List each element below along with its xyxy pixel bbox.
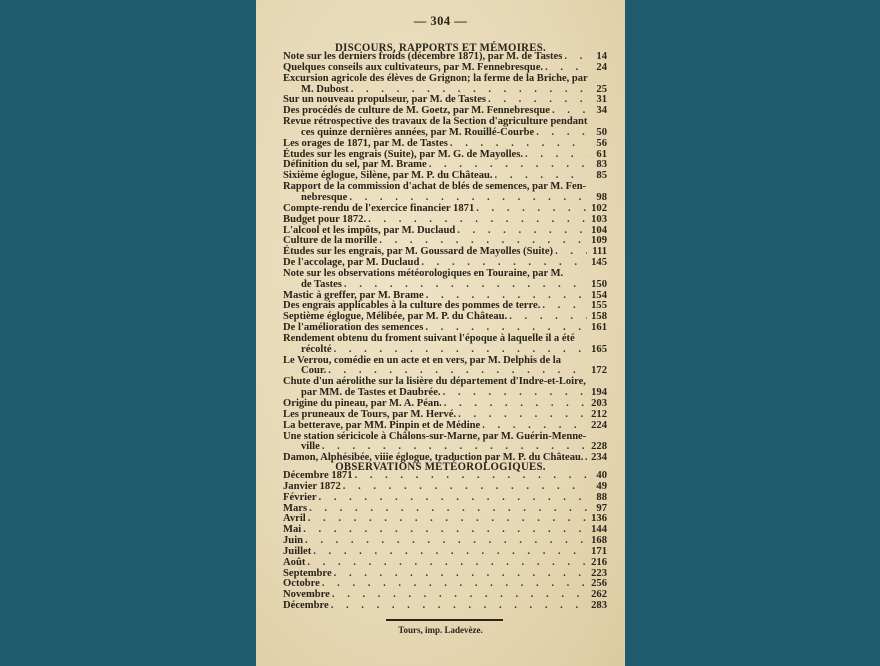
- dot-leader: . . . . . . . . . . . . . . . . . . . . …: [555, 247, 587, 258]
- dot-leader: . . . . . . . . . . . . . . . . . . . . …: [305, 536, 587, 547]
- entry-page-number: 216: [589, 558, 607, 569]
- dot-leader: . . . . . . . . . . . . . . . . . . . . …: [334, 569, 587, 580]
- toc-entry: Août . . . . . . . . . . . . . . . . . .…: [283, 558, 607, 569]
- entry-page-number: 88: [589, 493, 607, 504]
- toc-discours: Note sur les derniers froids (décembre 1…: [283, 52, 607, 464]
- toc-entry: Chute d'un aérolithe sur la lisière du d…: [283, 377, 607, 399]
- dot-leader: . . . . . . . . . . . . . . . . . . . . …: [368, 215, 587, 226]
- toc-entry: Les orages de 1871, par M. de Tastes . .…: [283, 139, 607, 150]
- divider-rule: [386, 619, 503, 621]
- entry-title: Chute d'un aérolithe sur la lisière du d…: [283, 377, 605, 388]
- dot-leader: . . . . . . . . . . . . . . . . . . . . …: [309, 504, 587, 515]
- entry-title: Revue rétrospective des travaux de la Se…: [283, 117, 605, 128]
- dot-leader: . . . . . . . . . . . . . . . . . . . . …: [355, 471, 587, 482]
- dot-leader: . . . . . . . . . . . . . . . . . . . . …: [444, 399, 587, 410]
- dot-leader: . . . . . . . . . . . . . . . . . . . . …: [344, 280, 587, 291]
- entry-title: Budget pour 1872.: [283, 215, 366, 226]
- toc-entry: Juin . . . . . . . . . . . . . . . . . .…: [283, 536, 607, 547]
- entry-title: de Tastes: [301, 280, 342, 291]
- entry-title: Une station séricicole à Châlons-sur-Mar…: [283, 432, 605, 443]
- entry-title: Rapport de la commission d'achat de blés…: [283, 182, 605, 193]
- entry-title: Août: [283, 558, 305, 569]
- toc-entry: Rendement obtenu du froment suivant l'ép…: [283, 334, 607, 356]
- toc-entry: Le Verrou, comédie en un acte et en vers…: [283, 356, 607, 378]
- entry-title: Note sur les observations météorologique…: [283, 269, 605, 280]
- entry-page-number: 165: [589, 345, 607, 356]
- page-number: — 304 —: [256, 14, 625, 29]
- entry-page-number: 161: [589, 323, 607, 334]
- scanned-page: — 304 — DISCOURS, RAPPORTS ET MÉMOIRES. …: [256, 0, 625, 666]
- entry-page-number: 172: [589, 366, 607, 377]
- dot-leader: . . . . . . . . . . . . . . . . . . . . …: [525, 150, 587, 161]
- dot-leader: . . . . . . . . . . . . . . . . . . . . …: [313, 547, 587, 558]
- dot-leader: . . . . . . . . . . . . . . . . . . . . …: [332, 590, 587, 601]
- entry-page-number: 85: [589, 171, 607, 182]
- toc-entry: Mai . . . . . . . . . . . . . . . . . . …: [283, 525, 607, 536]
- entry-title: Excursion agricole des élèves de Grignon…: [283, 74, 605, 85]
- toc-observations: Décembre 1871 . . . . . . . . . . . . . …: [283, 471, 607, 612]
- toc-entry: Janvier 1872 . . . . . . . . . . . . . .…: [283, 482, 607, 493]
- dot-leader: . . . . . . . . . . . . . . . . . . . . …: [476, 204, 587, 215]
- dot-leader: . . . . . . . . . . . . . . . . . . . . …: [322, 579, 587, 590]
- toc-entry: Juillet . . . . . . . . . . . . . . . . …: [283, 547, 607, 558]
- dot-leader: . . . . . . . . . . . . . . . . . . . . …: [542, 301, 587, 312]
- toc-entry: Une station séricicole à Châlons-sur-Mar…: [283, 432, 607, 454]
- entry-page-number: 224: [589, 421, 607, 432]
- entry-page-number: 34: [589, 106, 607, 117]
- dot-leader: . . . . . . . . . . . . . . . . . . . . …: [450, 139, 587, 150]
- toc-entry: Budget pour 1872. . . . . . . . . . . . …: [283, 215, 607, 226]
- dot-leader: . . . . . . . . . . . . . . . . . . . . …: [319, 493, 587, 504]
- dot-leader: . . . . . . . . . . . . . . . . . . . . …: [564, 52, 587, 63]
- entry-page-number: 103: [589, 215, 607, 226]
- entry-page-number: 150: [589, 280, 607, 291]
- dot-leader: . . . . . . . . . . . . . . . . . . . . …: [331, 601, 587, 612]
- toc-entry: Octobre . . . . . . . . . . . . . . . . …: [283, 579, 607, 590]
- toc-entry: Note sur les observations météorologique…: [283, 269, 607, 291]
- entry-title: Les orages de 1871, par M. de Tastes: [283, 139, 448, 150]
- dot-leader: . . . . . . . . . . . . . . . . . . . . …: [443, 388, 587, 399]
- toc-entry: Septembre . . . . . . . . . . . . . . . …: [283, 569, 607, 580]
- entry-title: Décembre: [283, 601, 329, 612]
- toc-entry: Mars . . . . . . . . . . . . . . . . . .…: [283, 504, 607, 515]
- entry-page-number: 24: [589, 63, 607, 74]
- entry-page-number: 145: [589, 258, 607, 269]
- toc-entry: Décembre . . . . . . . . . . . . . . . .…: [283, 601, 607, 612]
- toc-entry: Rapport de la commission d'achat de blés…: [283, 182, 607, 204]
- toc-entry: Avril . . . . . . . . . . . . . . . . . …: [283, 514, 607, 525]
- entry-page-number: 283: [589, 601, 607, 612]
- imprint: Tours, imp. Ladevèze.: [256, 625, 625, 635]
- entry-title: Rendement obtenu du froment suivant l'ép…: [283, 334, 605, 345]
- toc-entry: Novembre . . . . . . . . . . . . . . . .…: [283, 590, 607, 601]
- dot-leader: . . . . . . . . . . . . . . . . . . . . …: [509, 312, 587, 323]
- dot-leader: . . . . . . . . . . . . . . . . . . . . …: [343, 482, 587, 493]
- entry-title: Le Verrou, comédie en un acte et en vers…: [283, 356, 605, 367]
- entry-title: Février: [283, 493, 317, 504]
- dot-leader: . . . . . . . . . . . . . . . . . . . . …: [308, 514, 587, 525]
- toc-entry: Excursion agricole des élèves de Grignon…: [283, 74, 607, 96]
- dot-leader: . . . . . . . . . . . . . . . . . . . . …: [536, 128, 587, 139]
- dot-leader: . . . . . . . . . . . . . . . . . . . . …: [303, 525, 587, 536]
- entry-page-number: 56: [589, 139, 607, 150]
- toc-entry: Revue rétrospective des travaux de la Se…: [283, 117, 607, 139]
- dot-leader: . . . . . . . . . . . . . . . . . . . . …: [307, 558, 587, 569]
- toc-entry: Février . . . . . . . . . . . . . . . . …: [283, 493, 607, 504]
- dot-leader: . . . . . . . . . . . . . . . . . . . . …: [457, 226, 587, 237]
